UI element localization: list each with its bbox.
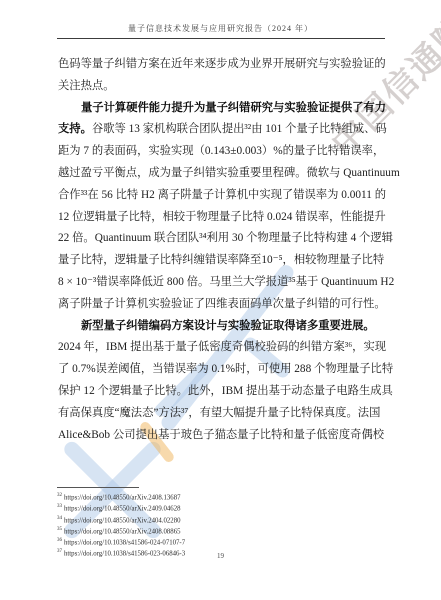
body-line: 关注热点。	[58, 76, 388, 98]
body-line: 22 倍。Quantinuum 联合团队³⁴利用 30 个物理量子比特构建 4 …	[58, 228, 388, 250]
footnote: 33https://doi.org/10.48550/arXiv.2409.04…	[57, 502, 185, 513]
body-text: 色码等量子纠错方案在近年来逐步成为业界开展研究与实验验证的关注热点。量子计算硬件…	[58, 54, 388, 446]
body-line: 了 0.7%误差阈值，当错误率为 0.1%时，可使用 288 个物理量子比特	[58, 359, 388, 381]
footnote-marker: 35	[57, 527, 62, 532]
footnote-marker: 34	[57, 516, 62, 521]
footnote-link[interactable]: https://doi.org/10.1038/s41586-024-07107…	[64, 539, 185, 546]
body-line: 8 × 10⁻³错误率降低近 800 倍。马里兰大学报道³⁵基于 Quantin…	[58, 272, 388, 294]
footnote-link[interactable]: https://doi.org/10.48550/arXiv.2404.0228…	[64, 517, 181, 524]
body-line: 量子比特，逻辑量子比特纠缠错误率降至10⁻⁵，相较物理量子比特	[58, 250, 388, 272]
body-line: 量子计算硬件能力提升为量子纠错研究与实验验证提供了有力	[58, 98, 388, 120]
body-line: 有高保真度“魔法态”方法³⁷，有望大幅提升量子比特保真度。法国	[58, 403, 388, 425]
footnote-link[interactable]: https://doi.org/10.48550/arXiv.2409.0462…	[64, 506, 181, 513]
page-number: 19	[0, 552, 441, 560]
footnote-link[interactable]: https://doi.org/10.48550/arXiv.2408.1368…	[64, 494, 181, 501]
paragraph-lead: 支持。	[58, 123, 92, 135]
footnote: 34https://doi.org/10.48550/arXiv.2404.02…	[57, 514, 185, 525]
body-line: 2024 年，IBM 提出基于量子低密度奇偶校验码的纠错方案³⁶，实现	[58, 337, 388, 359]
body-line: 距为 7 的表面码，实验实现（0.143±0.003）%的量子比特错误率，	[58, 141, 388, 163]
footnote: 32https://doi.org/10.48550/arXiv.2408.13…	[57, 491, 185, 502]
footnote: 35https://doi.org/10.48550/arXiv.2408.08…	[57, 525, 185, 536]
footnote-separator	[57, 487, 139, 488]
body-line: Alice&Bob 公司提出基于玻色子猫态量子比特和量子低密度奇偶校	[58, 425, 388, 447]
body-line: 保护 12 个逻辑量子比特。此外，IBM 提出基于动态量子电路生成具	[58, 381, 388, 403]
footnote: 36https://doi.org/10.1038/s41586-024-071…	[57, 536, 185, 547]
body-line: 支持。谷歌等 13 家机构联合团队提出³²由 101 个量子比特组成、码	[58, 119, 388, 141]
document-page: 中国信通院 量子信息技术发展与应用研究报告（2024 年） 色码等量子纠错方案在…	[0, 0, 441, 600]
body-line: 越过盈亏平衡点，成为量子纠错实验重要里程碑。微软与 Quantinuum	[58, 163, 388, 185]
body-line: 离子阱量子计算机实验验证了四维表面码单次量子纠错的可行性。	[58, 294, 388, 316]
footnote-marker: 32	[57, 493, 62, 498]
body-line: 色码等量子纠错方案在近年来逐步成为业界开展研究与实验验证的	[58, 54, 388, 76]
header-rule	[57, 38, 385, 39]
page-header-title: 量子信息技术发展与应用研究报告（2024 年）	[0, 23, 441, 34]
footnote-marker: 33	[57, 504, 62, 509]
footnote-link[interactable]: https://doi.org/10.48550/arXiv.2408.0886…	[64, 528, 181, 535]
body-line: 12 位逻辑量子比特，相较于物理量子比特 0.024 错误率，性能提升	[58, 207, 388, 229]
body-line: 合作³³在 56 比特 H2 离子阱量子计算机中实现了错误率为 0.0011 的	[58, 185, 388, 207]
footnote-list: 32https://doi.org/10.48550/arXiv.2408.13…	[57, 491, 185, 559]
footnote-marker: 36	[57, 538, 62, 543]
body-line: 新型量子纠错编码方案设计与实验验证取得诸多重要进展。	[58, 316, 388, 338]
